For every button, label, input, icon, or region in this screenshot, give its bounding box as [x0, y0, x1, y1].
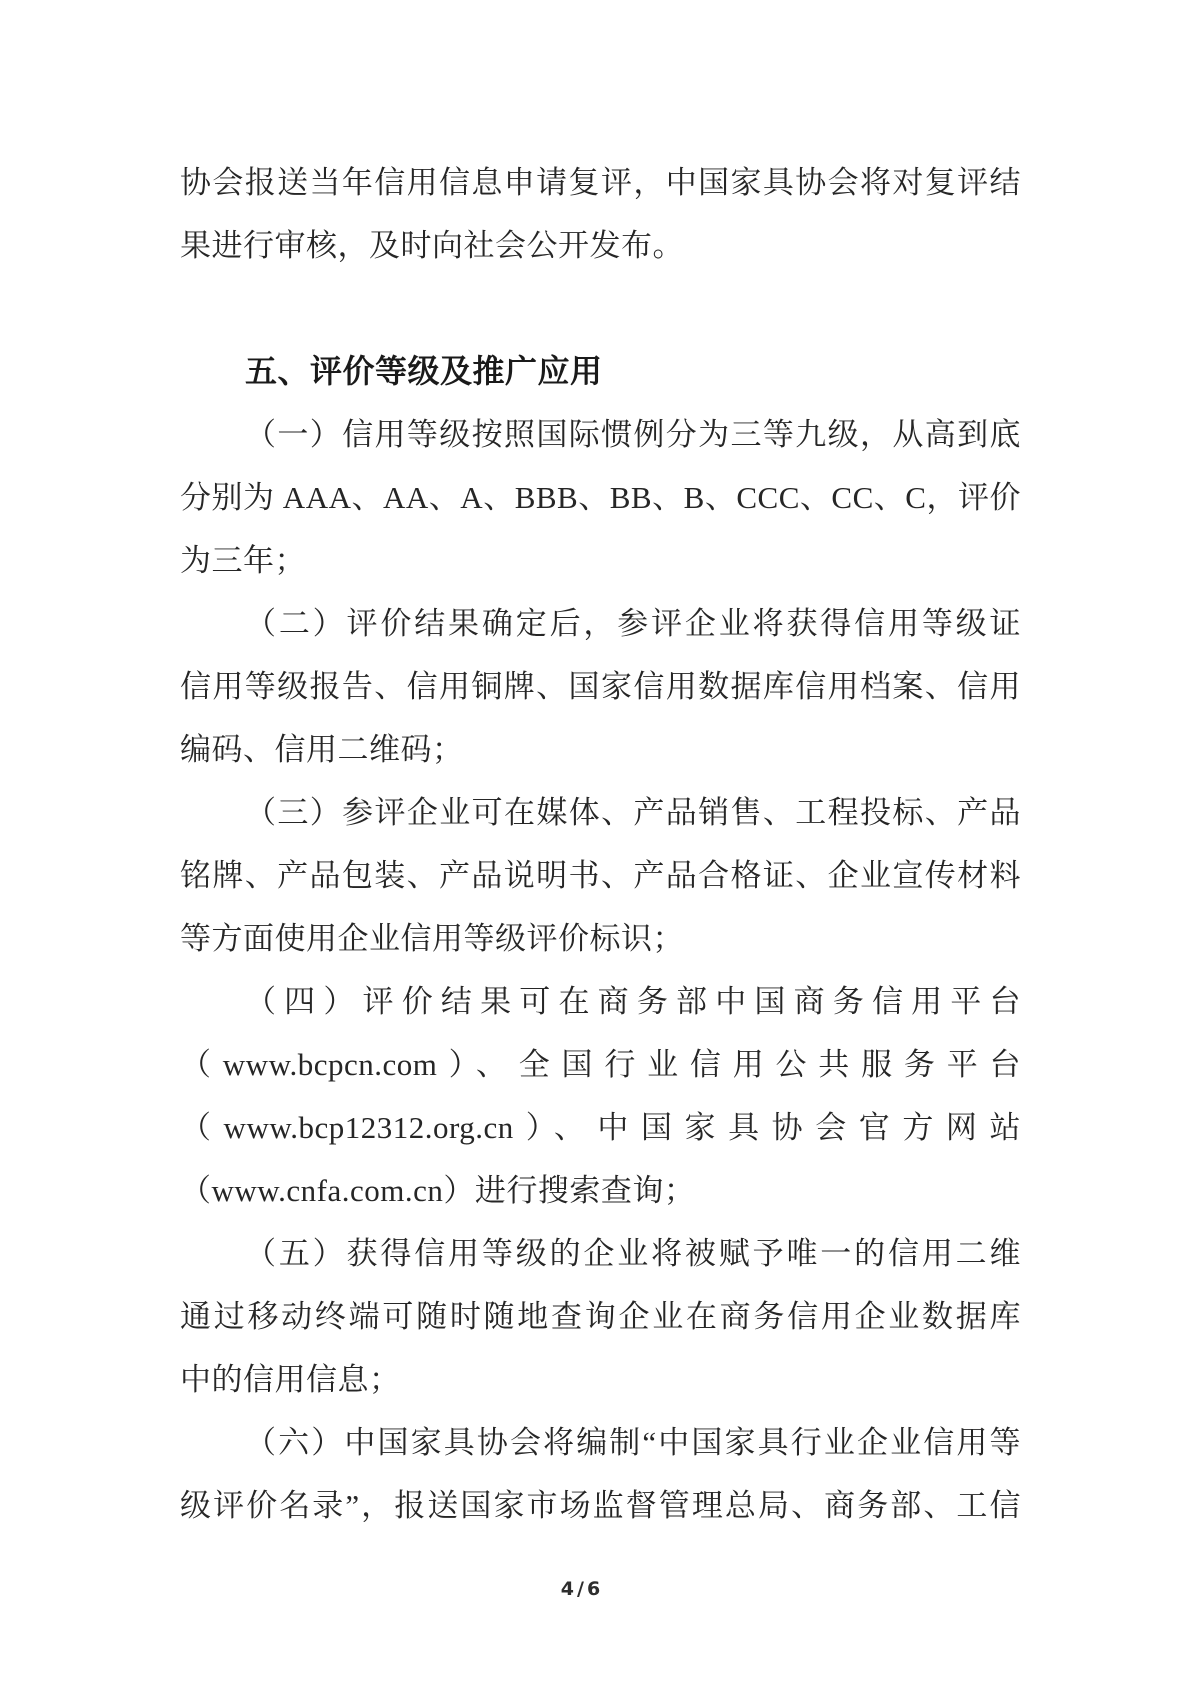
page-footer: 4/6 — [0, 1578, 1190, 1600]
text-line: 等方面使用企业信用等级评价标识； — [180, 907, 1021, 970]
text-line: 中的信用信息； — [180, 1348, 1021, 1411]
text-line: （www.bcpcn.com）、全国行业信用公共服务平台 — [180, 1033, 1021, 1096]
page-number: 4/6 — [561, 1578, 603, 1600]
text-line: （五）获得信用等级的企业将被赋予唯一的信用二维码， — [180, 1222, 1021, 1285]
text-line: （二）评价结果确定后，参评企业将获得信用等级证书、 — [180, 592, 1021, 655]
text-line: （六）中国家具协会将编制“中国家具行业企业信用等 — [180, 1411, 1021, 1474]
section-heading: 五、评价等级及推广应用 — [180, 340, 1021, 403]
text-line: （www.cnfa.com.cn）进行搜索查询； — [180, 1159, 1021, 1222]
text-line: （四）评价结果可在商务部中国商务信用平台 — [180, 970, 1021, 1033]
text-line: 分别为 AAA、AA、A、BBB、BB、B、CCC、CC、C，评价有效期 — [180, 466, 1021, 529]
text-line: 铭牌、产品包装、产品说明书、产品合格证、企业宣传材料 — [180, 844, 1021, 907]
text-line: （一）信用等级按照国际惯例分为三等九级，从高到底 — [180, 403, 1021, 466]
text-line: 级评价名录”，报送国家市场监督管理总局、商务部、工信部、 — [180, 1474, 1021, 1537]
text-line: （三）参评企业可在媒体、产品销售、工程投标、产品 — [180, 781, 1021, 844]
text-line: 为三年； — [180, 529, 1021, 592]
text-line: 信用等级报告、信用铜牌、国家信用数据库信用档案、信用 — [180, 655, 1021, 718]
text-line: 编码、信用二维码； — [180, 718, 1021, 781]
text-line: 通过移动终端可随时随地查询企业在商务信用企业数据库 — [180, 1285, 1021, 1348]
document-body: 协会报送当年信用信息申请复评，中国家具协会将对复评结果进行审核，及时向社会公开发… — [180, 151, 1021, 1537]
text-line: （www.bcp12312.org.cn）、中国家具协会官方网站 — [180, 1096, 1021, 1159]
text-line: 协会报送当年信用信息申请复评，中国家具协会将对复评结 — [180, 151, 1021, 214]
text-line: 果进行审核，及时向社会公开发布。 — [180, 214, 1021, 277]
document-page: 协会报送当年信用信息申请复评，中国家具协会将对复评结果进行审核，及时向社会公开发… — [0, 0, 1190, 1682]
